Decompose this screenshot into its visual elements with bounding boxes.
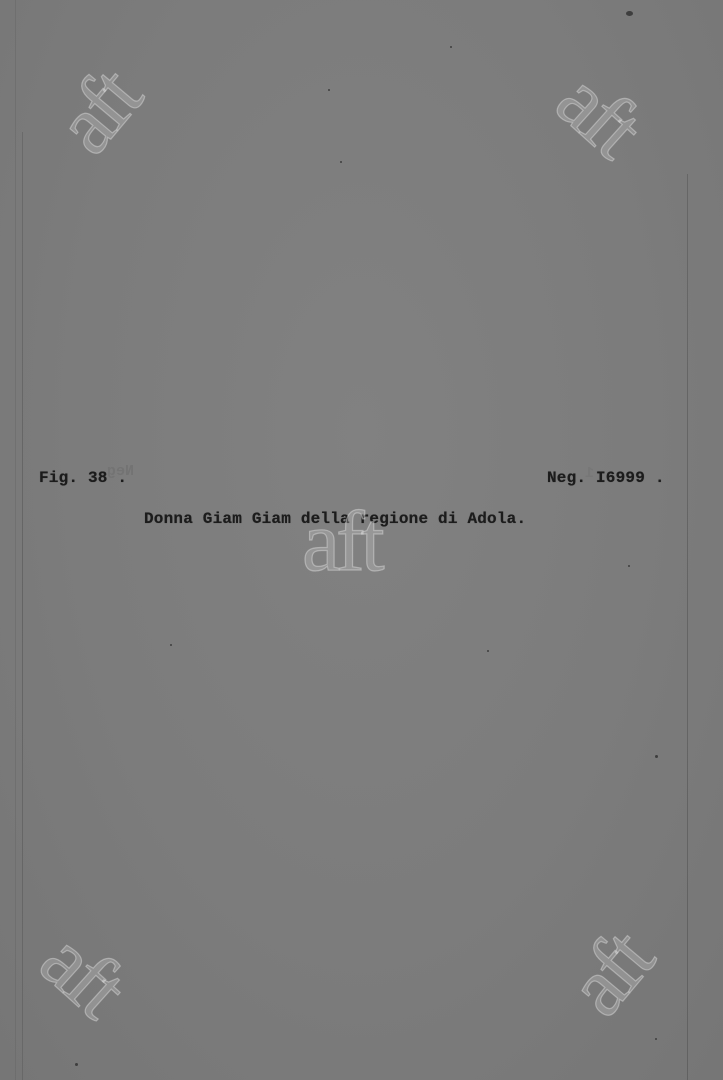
watermark-bottom-left: aft <box>26 917 139 1031</box>
left-edge-line-faint <box>15 0 16 1080</box>
dust-speck <box>328 89 330 91</box>
figure-label: Fig. 38 . <box>39 469 127 487</box>
dust-speck <box>655 1038 657 1040</box>
negative-number: Neg. I6999 . <box>547 469 665 487</box>
dust-speck <box>487 650 489 652</box>
dust-speck <box>170 644 172 646</box>
dust-speck <box>340 161 342 163</box>
watermark-center: aft <box>302 498 381 584</box>
right-border-line <box>687 174 688 1080</box>
dust-speck <box>655 755 658 758</box>
dust-speck <box>450 46 452 48</box>
watermark-bottom-right: aft <box>554 918 668 1031</box>
dust-speck <box>626 11 633 16</box>
document-card: aft aft aft aft Neg. 1 Fig. 38 . Neg. I6… <box>0 0 723 1080</box>
dust-speck <box>628 565 630 567</box>
dust-speck <box>75 1063 78 1066</box>
watermark-top-right: aft <box>542 57 655 171</box>
watermark-top-left: aft <box>42 56 156 169</box>
left-border-line <box>22 132 23 1080</box>
